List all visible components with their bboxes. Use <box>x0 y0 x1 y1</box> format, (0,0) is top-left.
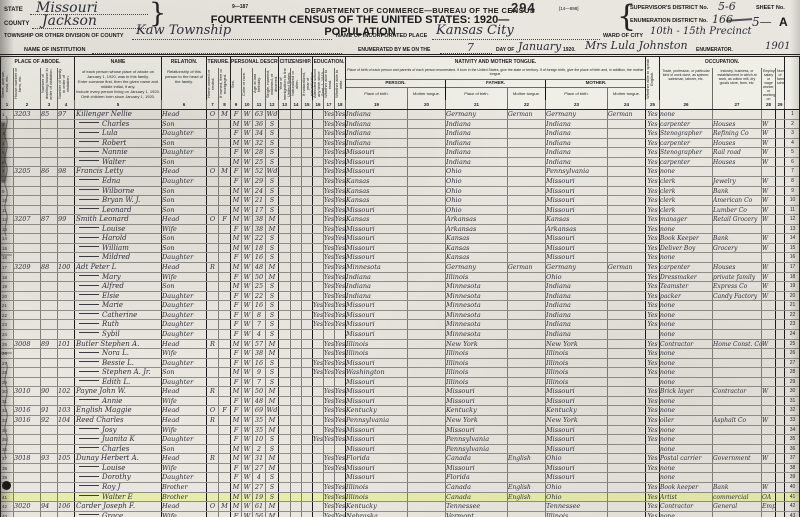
cell-mb: Germany <box>546 110 608 119</box>
cell-eng: Yes <box>646 177 660 186</box>
cell-e3: Yes <box>335 397 346 406</box>
nativity-subcol-label: Mother tongue. <box>608 88 646 100</box>
tenure-col: If owned, free or mortgaged. <box>219 68 230 100</box>
cell-cls <box>762 473 776 482</box>
cell-name: Bessie L. <box>75 359 162 368</box>
cell-e2: Yes <box>324 282 335 291</box>
cell-name: Catherine <box>75 311 162 320</box>
cell-c3 <box>302 196 313 205</box>
cell-e1 <box>313 512 324 517</box>
cell-farm <box>776 330 785 339</box>
cell-c2 <box>291 397 302 406</box>
cell-mt <box>608 378 646 387</box>
cell-pt <box>408 273 446 282</box>
table-row: 32301691103English MaggieHeadOFFW69WdYes… <box>1 406 799 416</box>
cell-race: W <box>242 263 253 272</box>
cell-rel: Son <box>162 282 207 291</box>
cell-house <box>14 120 41 129</box>
cell-c1 <box>279 406 291 415</box>
cell-age: 29 <box>253 177 266 186</box>
cell-cls: W <box>762 234 776 243</box>
cell-e1 <box>313 263 324 272</box>
cell-ft <box>508 196 546 205</box>
cell-mar: M <box>266 273 279 282</box>
cell-mar: S <box>266 206 279 215</box>
cell-c3 <box>302 397 313 406</box>
cell-mar: S <box>266 148 279 157</box>
cell-e3: Yes <box>335 177 346 186</box>
cell-cls: W <box>762 282 776 291</box>
cell-dw <box>41 244 58 253</box>
cell-farm <box>776 416 785 425</box>
cell-e1 <box>313 148 324 157</box>
cell-rel: Head <box>162 340 207 349</box>
cell-dw <box>41 464 58 473</box>
cell-c3 <box>302 253 313 262</box>
cell-fb: Minnesota <box>446 330 508 339</box>
cell-cls: W <box>762 129 776 138</box>
cell-t2 <box>219 311 231 320</box>
cell-ind: American Co <box>713 196 762 205</box>
cell-c3 <box>302 206 313 215</box>
cell-ind: private family <box>713 273 762 282</box>
cell-age: 63 <box>253 110 266 119</box>
cell-num: 34 <box>785 426 800 435</box>
cell-mt <box>608 273 646 282</box>
cell-e3: Yes <box>335 512 346 517</box>
cell-t1: R <box>207 340 219 349</box>
cell-occ: none <box>660 330 713 339</box>
citizenship-col-label: Year of immigration to the United States… <box>279 68 290 100</box>
cell-ind <box>713 512 762 517</box>
header-name: NAMEof each person whose place of abode … <box>75 57 162 100</box>
cell-pb: Illinois <box>346 493 408 502</box>
cell-mt <box>608 234 646 243</box>
cell-mb: Missouri <box>546 387 608 396</box>
cell-e3: Yes <box>335 340 346 349</box>
cell-occ: carpenter <box>660 120 713 129</box>
cell-c1 <box>279 253 291 262</box>
township-value: Kaw Township <box>136 23 231 38</box>
cell-mar: Wd <box>266 167 279 176</box>
cell-mb: Ohio <box>546 483 608 492</box>
cell-sex: M <box>231 502 242 511</box>
cell-name: Charles <box>75 445 162 454</box>
cell-fb: Florida <box>446 473 508 482</box>
cell-dw <box>41 187 58 196</box>
enumerated-year: 1920. <box>563 47 576 53</box>
cell-mar: M <box>266 387 279 396</box>
cell-num: 10 <box>785 196 800 205</box>
education-col-label: Whether able to read. <box>324 68 334 100</box>
table-row: 14HaroldSonMW22SYesYesMissouriKansasMiss… <box>1 234 799 244</box>
cell-pt <box>408 177 446 186</box>
cell-pb: Pennsylvania <box>346 416 408 425</box>
cell-t1 <box>207 177 219 186</box>
cell-race: W <box>242 158 253 167</box>
cell-pb: Illinois <box>346 340 408 349</box>
cell-pb: Nebraska <box>346 512 408 517</box>
cell-fam <box>58 187 75 196</box>
cell-sex: M <box>231 263 242 272</box>
cell-ft: English <box>508 454 546 463</box>
cell-fam <box>58 359 75 368</box>
header-occupation-label: OCCUPATION. <box>660 57 784 68</box>
cell-dw <box>41 330 58 339</box>
cell-occ: none <box>660 359 713 368</box>
occupation-col-label: Employer, salary or wage worker, or work… <box>762 68 775 100</box>
no-surname-dash <box>79 160 99 161</box>
cell-eng: Yes <box>646 263 660 272</box>
cell-fam: 98 <box>58 167 75 176</box>
cell-farm <box>776 148 785 157</box>
cell-sex: M <box>231 483 242 492</box>
cell-eng: Yes <box>646 311 660 320</box>
no-surname-dash <box>79 275 99 276</box>
cell-t1 <box>207 187 219 196</box>
occupation-cols: Trade, profession, or particular kind of… <box>660 68 784 100</box>
cell-dw <box>41 120 58 129</box>
cell-c3 <box>302 139 313 148</box>
cell-cls <box>762 368 776 377</box>
cell-mar: M <box>266 426 279 435</box>
cell-fam <box>58 464 75 473</box>
cell-t1 <box>207 129 219 138</box>
cell-mt <box>608 158 646 167</box>
cell-e2: Yes <box>324 110 335 119</box>
column-number: 17 <box>324 100 335 109</box>
cell-pt <box>408 340 446 349</box>
cell-ind: Houses <box>713 263 762 272</box>
cell-sex: F <box>231 273 242 282</box>
cell-e3: Yes <box>335 406 346 415</box>
cell-age: 8 <box>253 311 266 320</box>
cell-mb: Illinois <box>546 512 608 517</box>
cell-cls: Emp <box>762 502 776 511</box>
cell-t2 <box>219 187 231 196</box>
cell-e3 <box>335 378 346 387</box>
cell-c2 <box>291 253 302 262</box>
column-number: 21 <box>446 100 508 109</box>
table-row: 3LulaDaughterFW34SYesYesIndianaIndianaIn… <box>1 129 799 139</box>
cell-e1: Yes <box>313 359 324 368</box>
cell-mar: S <box>266 301 279 310</box>
cell-race: W <box>242 416 253 425</box>
cell-e3: Yes <box>335 187 346 196</box>
cell-e3: Yes <box>335 148 346 157</box>
cell-e3: Yes <box>335 493 346 502</box>
cell-rel: Head <box>162 263 207 272</box>
cell-c1 <box>279 426 291 435</box>
cell-c2 <box>291 387 302 396</box>
cell-num: 13 <box>785 225 800 234</box>
cell-ind: Grocery <box>713 244 762 253</box>
cell-num: 2 <box>785 120 800 129</box>
cell-e1: Yes <box>313 368 324 377</box>
place-underline <box>432 38 600 40</box>
sheet-letter: A <box>779 15 788 29</box>
cell-race: W <box>242 502 253 511</box>
cell-fam <box>58 206 75 215</box>
cell-c3 <box>302 320 313 329</box>
cell-name: Francis Letty <box>75 167 162 176</box>
cell-race: W <box>242 206 253 215</box>
cell-cls <box>762 512 776 517</box>
cell-mar: S <box>266 234 279 243</box>
cell-name: Charles <box>75 120 162 129</box>
cell-t1 <box>207 359 219 368</box>
cell-e2: Yes <box>324 359 335 368</box>
cell-c3 <box>302 129 313 138</box>
supervisors-district-value: 5-6 <box>718 0 736 13</box>
cell-pt <box>408 282 446 291</box>
cell-rel: Wife <box>162 464 207 473</box>
cell-t2 <box>219 512 231 517</box>
cell-fam: 97 <box>58 110 75 119</box>
cell-c1 <box>279 311 291 320</box>
table-row: 43GraceWifeFW56MYesYesNebraskaVermontIll… <box>1 512 799 517</box>
cell-occ: Teamster <box>660 282 713 291</box>
cell-c2 <box>291 158 302 167</box>
cell-sex: F <box>231 225 242 234</box>
cell-e1 <box>313 416 324 425</box>
cell-t1 <box>207 158 219 167</box>
cell-e2: Yes <box>324 292 335 301</box>
tenure-cols: Home owned or rented.If owned, free or m… <box>207 68 230 100</box>
cell-e3: Yes <box>335 234 346 243</box>
cell-race: W <box>242 215 253 224</box>
cell-farm <box>776 512 785 517</box>
cell-c3 <box>302 215 313 224</box>
cell-occ: none <box>660 397 713 406</box>
cell-eng: Yes <box>646 416 660 425</box>
cell-e2: Yes <box>324 196 335 205</box>
cell-t2 <box>219 253 231 262</box>
column-number: 8 <box>219 100 231 109</box>
cell-cls: W <box>762 187 776 196</box>
cell-house <box>14 225 41 234</box>
cell-race: W <box>242 512 253 517</box>
cell-t2 <box>219 129 231 138</box>
cell-house <box>14 206 41 215</box>
cell-c3 <box>302 292 313 301</box>
cell-mar: S <box>266 139 279 148</box>
cell-house <box>14 244 41 253</box>
cell-age: 36 <box>253 120 266 129</box>
cell-pb: Missouri <box>346 464 408 473</box>
cell-house <box>14 426 41 435</box>
cell-mb: Missouri <box>546 244 608 253</box>
cell-eng: Yes <box>646 167 660 176</box>
cell-t2 <box>219 378 231 387</box>
cell-dw <box>41 129 58 138</box>
cell-fb: Ohio <box>446 187 508 196</box>
education-col: Whether able to read. <box>324 68 335 100</box>
cell-e2: Yes <box>324 139 335 148</box>
incorporated-place-value: Kansas City <box>436 23 514 38</box>
cell-eng: Yes <box>646 406 660 415</box>
cell-fb: Minnesota <box>446 292 508 301</box>
cell-c1 <box>279 244 291 253</box>
cell-race: W <box>242 340 253 349</box>
cell-c1 <box>279 473 291 482</box>
cell-t2 <box>219 234 231 243</box>
cell-farm <box>776 397 785 406</box>
cell-name: Edith L. <box>75 378 162 387</box>
cell-t1 <box>207 196 219 205</box>
cell-c3 <box>302 445 313 454</box>
column-number: 5 <box>75 100 162 109</box>
cell-mt <box>608 244 646 253</box>
cell-name: Butler Stephen A. <box>75 340 162 349</box>
cell-mar: S <box>266 120 279 129</box>
cell-cls <box>762 167 776 176</box>
cell-c1 <box>279 483 291 492</box>
cell-house <box>14 473 41 482</box>
no-surname-dash <box>79 122 99 123</box>
cell-mt: German <box>608 110 646 119</box>
cell-sex: M <box>231 120 242 129</box>
cell-c2 <box>291 139 302 148</box>
cell-mt <box>608 387 646 396</box>
cell-ind: Bank <box>713 483 762 492</box>
cell-ind <box>713 397 762 406</box>
cell-cls: W <box>762 158 776 167</box>
cell-fb: Kansas <box>446 244 508 253</box>
cell-ft: German <box>508 110 546 119</box>
name-surname: Adt <box>76 263 88 271</box>
nativity-subcol-label: Mother tongue. <box>408 88 446 100</box>
cell-c1 <box>279 129 291 138</box>
cell-dw <box>41 483 58 492</box>
cell-c1 <box>279 378 291 387</box>
cell-fam <box>58 368 75 377</box>
cell-dw <box>41 378 58 387</box>
cell-rel: Son <box>162 158 207 167</box>
cell-mb: Missouri <box>546 206 608 215</box>
cell-age: 21 <box>253 196 266 205</box>
table-row: 17320988100Adt Peter LHeadRMW48MYesYesMi… <box>1 263 799 273</box>
cell-mt <box>608 359 646 368</box>
cell-eng: Yes <box>646 397 660 406</box>
cell-eng: Yes <box>646 435 660 444</box>
cell-e1 <box>313 253 324 262</box>
cell-pb: Kansas <box>346 187 408 196</box>
cell-dw: 91 <box>41 406 58 415</box>
column-number: 25 <box>646 100 660 109</box>
cell-c3 <box>302 416 313 425</box>
english-col-label: Whether able to speak English. <box>646 57 659 100</box>
cell-race: W <box>242 473 253 482</box>
cell-c1 <box>279 148 291 157</box>
cell-t1 <box>207 225 219 234</box>
cell-t2 <box>219 139 231 148</box>
cell-cls: W <box>762 215 776 224</box>
citizenship-col: Year of immigration to the United States… <box>279 68 291 100</box>
cell-eng: Yes <box>646 244 660 253</box>
cell-e1 <box>313 464 324 473</box>
cell-c1 <box>279 464 291 473</box>
table-row: 18MaryWifeFW50MYesYesIndianaIllinoisOhio… <box>1 273 799 283</box>
cell-num: 41 <box>785 493 800 502</box>
cell-pb: Missouri <box>346 158 408 167</box>
cell-name: English Maggie <box>75 406 162 415</box>
cell-ft <box>508 253 546 262</box>
cell-fb: Germany <box>446 263 508 272</box>
cell-fam <box>58 330 75 339</box>
cell-pb: Indiana <box>346 282 408 291</box>
cell-c3 <box>302 110 313 119</box>
cell-mar: M <box>266 464 279 473</box>
personal-cols: Sex.Color or race.Age at last birthday.S… <box>231 68 278 100</box>
cell-c2 <box>291 206 302 215</box>
cell-c2 <box>291 483 302 492</box>
cell-age: 34 <box>253 129 266 138</box>
cell-fam <box>58 445 75 454</box>
cell-c2 <box>291 196 302 205</box>
cell-pt <box>408 244 446 253</box>
cell-c3 <box>302 234 313 243</box>
cell-occ: manager <box>660 215 713 224</box>
cell-c1 <box>279 320 291 329</box>
cell-eng: Yes <box>646 464 660 473</box>
cell-c1 <box>279 387 291 396</box>
cell-name: Grace <box>75 512 162 517</box>
cell-age: 2 <box>253 445 266 454</box>
cell-occ: none <box>660 225 713 234</box>
cell-num: 9 <box>785 187 800 196</box>
cell-mar: S <box>266 177 279 186</box>
cell-fam: 105 <box>58 454 75 463</box>
cell-occ: Dressmaker <box>660 273 713 282</box>
cell-ft <box>508 292 546 301</box>
cell-mar: M <box>266 215 279 224</box>
cell-mt <box>608 330 646 339</box>
cell-pt <box>408 292 446 301</box>
table-row: 11LeonardSonMW17SYesYesMissouriOhioMisso… <box>1 206 799 216</box>
cell-dw <box>41 234 58 243</box>
cell-e3: Yes <box>335 483 346 492</box>
cell-ind: Lumber Co <box>713 206 762 215</box>
cell-num: 35 <box>785 435 800 444</box>
cell-name: Walter <box>75 158 162 167</box>
cell-pt <box>408 263 446 272</box>
cell-e1 <box>313 454 324 463</box>
cell-num: 17 <box>785 263 800 272</box>
cell-sex: M <box>231 139 242 148</box>
cell-e1 <box>313 282 324 291</box>
cell-c1 <box>279 110 291 119</box>
cell-ft <box>508 349 546 358</box>
cell-mb: Illinois <box>546 368 608 377</box>
cell-e3: Yes <box>335 311 346 320</box>
cell-pt <box>408 464 446 473</box>
cell-age: 27 <box>253 483 266 492</box>
cell-fam: 106 <box>58 502 75 511</box>
cell-farm <box>776 320 785 329</box>
abode-col-label: House number or farm, etc. <box>14 68 40 100</box>
table-row: 36CharlesSonMW2SMissouriPennsylvaniaMiss… <box>1 445 799 455</box>
cell-dw <box>41 253 58 262</box>
name-surname: Carder <box>76 502 101 510</box>
cell-race: W <box>242 225 253 234</box>
cell-dw <box>41 397 58 406</box>
cell-farm <box>776 196 785 205</box>
cell-age: 16 <box>253 253 266 262</box>
cell-mar: S <box>266 244 279 253</box>
column-number: 16 <box>313 100 324 109</box>
cell-e1 <box>313 378 324 387</box>
